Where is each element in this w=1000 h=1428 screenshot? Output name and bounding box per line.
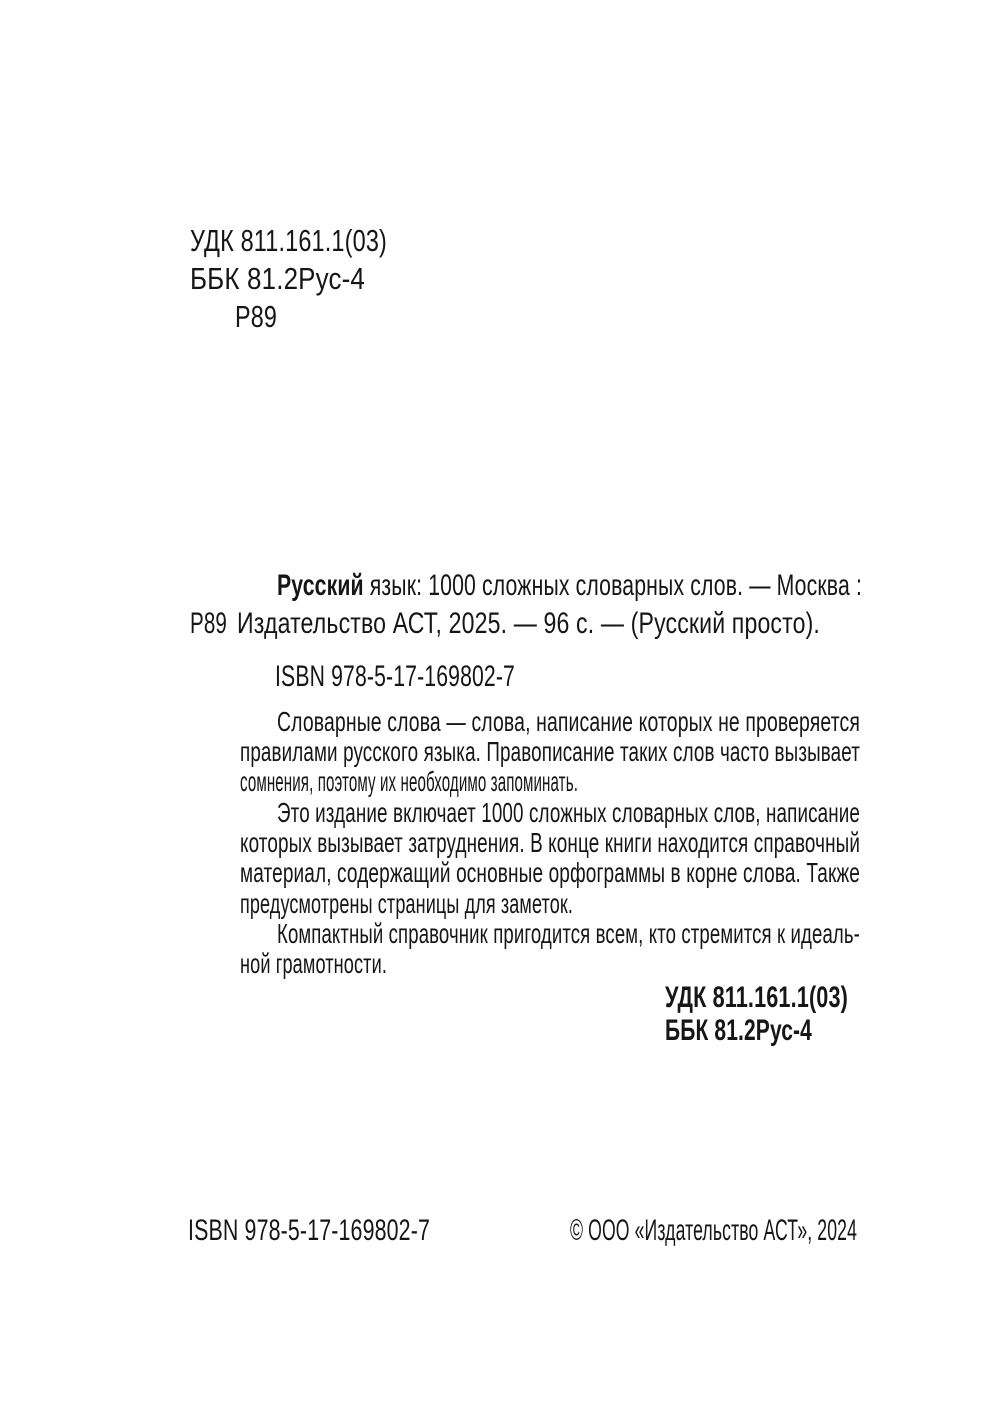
annotation-p1-line1: Словарные слова — слова, написание котор… bbox=[277, 708, 860, 736]
footer-isbn: ISBN 978-5-17-169802-7 bbox=[188, 1216, 430, 1246]
annotation-p3-line2: ной грамотности. bbox=[240, 950, 387, 978]
bbk-code-bottom: ББК 81.2Рус-4 bbox=[665, 1016, 812, 1046]
bibliographic-record-line1: Русский язык: 1000 сложных словарных сло… bbox=[277, 571, 862, 601]
annotation-p3-line1: Компактный справочник пригодится всем, к… bbox=[277, 920, 860, 948]
imprint-page: УДК 811.161.1(03) ББК 81.2Рус-4 Р89 Русс… bbox=[0, 0, 1000, 1428]
bbk-code-top: ББК 81.2Рус-4 bbox=[190, 263, 365, 294]
isbn-number: ISBN 978-5-17-169802-7 bbox=[275, 662, 515, 692]
udk-code-top: УДК 811.161.1(03) bbox=[190, 225, 387, 256]
author-mark-top: Р89 bbox=[235, 301, 277, 332]
annotation-p2-line2: которых вызывает затруднения. В конце кн… bbox=[240, 829, 860, 857]
annotation-p1-line3: сомнения, поэтому их необходимо запомина… bbox=[240, 768, 578, 796]
footer-copyright: © ООО «Издательство АСТ», 2024 bbox=[570, 1216, 857, 1246]
bibliographic-record-line2: Издательство АСТ, 2025. — 96 с. — (Русск… bbox=[237, 609, 820, 639]
annotation-p2-line4: предусмотрены страницы для заметок. bbox=[240, 890, 573, 918]
annotation-p1-line2: правилами русского языка. Правописание т… bbox=[240, 738, 860, 766]
bibliographic-title-rest: язык: 1000 сложных словарных слов. — Мос… bbox=[364, 569, 862, 602]
book-title-word: Русский bbox=[277, 569, 364, 602]
author-mark-record: Р89 bbox=[190, 609, 227, 639]
udk-code-bottom: УДК 811.161.1(03) bbox=[665, 983, 848, 1013]
annotation-p2-line3: материал, содержащий основные орфограммы… bbox=[240, 859, 860, 887]
annotation-p2-line1: Это издание включает 1000 сложных словар… bbox=[277, 799, 860, 827]
